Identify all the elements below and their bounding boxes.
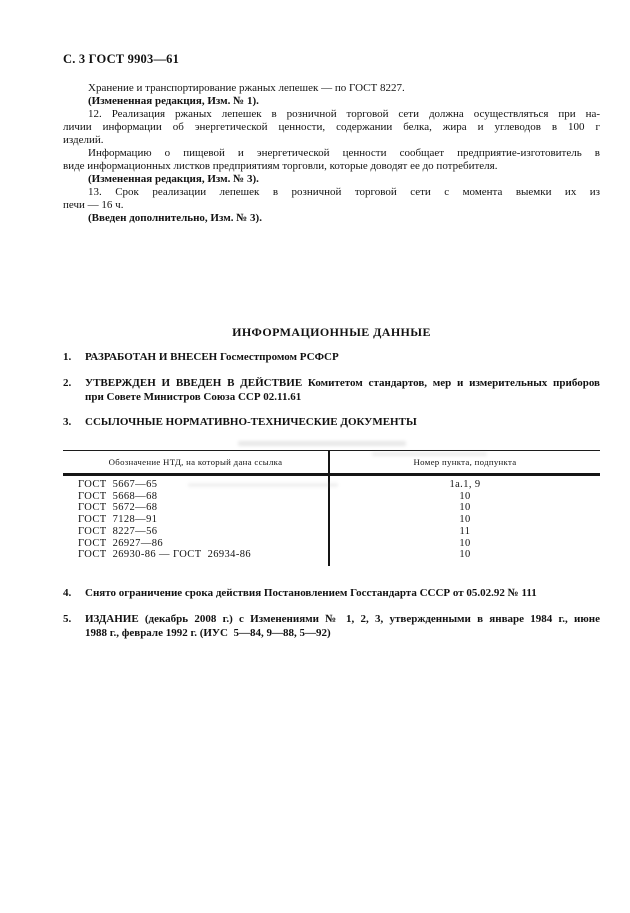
table-clause-cell: 10 (330, 502, 600, 514)
item-line: РАЗРАБОТАН И ВНЕСЕН Госместпромом РСФСР (85, 350, 600, 364)
table-clause-cell: 10 (330, 549, 600, 561)
body-line: 13. Срок реализации лепешек в розничной … (63, 186, 600, 199)
numbered-item: 3.ССЫЛОЧНЫЕ НОРМАТИВНО-ТЕХНИЧЕСКИЕ ДОКУМ… (63, 415, 600, 429)
body-line: Информацию о пищевой и энергетической це… (63, 147, 600, 160)
item-line: ИЗДАНИЕ (декабрь 2008 г.) с Изменениями … (85, 612, 600, 626)
body-line: личии информации об энергетической ценно… (63, 121, 600, 134)
table-clause-cell: 11 (330, 526, 600, 538)
table-clause-cell: 10 (330, 491, 600, 503)
body-line: изделий. (63, 134, 600, 147)
table-body: ГОСТ 5667—65ГОСТ 5668—68ГОСТ 5672—68ГОСТ… (63, 476, 600, 566)
table-clause-cell: 10 (330, 538, 600, 550)
numbered-item: 5.ИЗДАНИЕ (декабрь 2008 г.) с Изменениям… (63, 612, 600, 640)
item-line: 1988 г., феврале 1992 г. (ИУС 5—84, 9—88… (85, 626, 600, 640)
table-ntd-cell: ГОСТ 7128—91 (78, 514, 328, 526)
table-clause-cell: 1а.1, 9 (330, 479, 600, 491)
item-line: при Совете Министров Союза ССР 02.11.61 (85, 390, 600, 404)
table-column-clause: 1а.1, 9101010111010 (330, 476, 600, 566)
table-ntd-cell: ГОСТ 26927—86 (78, 538, 328, 550)
table-ntd-cell: ГОСТ 26930-86 — ГОСТ 26934-86 (78, 549, 328, 561)
body-line: (Измененная редакция, Изм. № 3). (63, 173, 600, 186)
scan-artifact (238, 441, 406, 446)
item-number: 4. (63, 586, 85, 600)
info-items: 1.РАЗРАБОТАН И ВНЕСЕН Госместпромом РСФС… (63, 350, 600, 429)
item-line: ССЫЛОЧНЫЕ НОРМАТИВНО-ТЕХНИЧЕСКИЕ ДОКУМЕН… (85, 415, 600, 429)
table-ntd-cell: ГОСТ 5668—68 (78, 491, 328, 503)
table-column-ntd: ГОСТ 5667—65ГОСТ 5668—68ГОСТ 5672—68ГОСТ… (63, 476, 330, 566)
body-line: 12. Реализация ржаных лепешек в рознично… (63, 108, 600, 121)
item-text: Снято ограничение срока действия Постано… (85, 586, 600, 600)
body-text: Хранение и транспортирование ржаных лепе… (63, 82, 600, 225)
item-number: 1. (63, 350, 85, 364)
body-line: (Введен дополнительно, Изм. № 3). (63, 212, 600, 225)
item-line: Снято ограничение срока действия Постано… (85, 586, 600, 600)
item-number: 2. (63, 376, 85, 404)
item-text: УТВЕРЖДЕН И ВВЕДЕН В ДЕЙСТВИЕ Комитетом … (85, 376, 600, 404)
numbered-item: 1.РАЗРАБОТАН И ВНЕСЕН Госместпромом РСФС… (63, 350, 600, 364)
item-number: 3. (63, 415, 85, 429)
item-number: 5. (63, 612, 85, 640)
table-clause-cell: 10 (330, 514, 600, 526)
document-page: С. 3 ГОСТ 9903—61 Хранение и транспортир… (0, 0, 630, 913)
item-line: УТВЕРЖДЕН И ВВЕДЕН В ДЕЙСТВИЕ Комитетом … (85, 376, 600, 390)
table-header-row: Обозначение НТД, на который дана ссылка … (63, 451, 600, 476)
table-header-ntd: Обозначение НТД, на который дана ссылка (63, 451, 330, 473)
body-line: (Измененная редакция, Изм. № 1). (63, 95, 600, 108)
table-ntd-cell: ГОСТ 5672—68 (78, 502, 328, 514)
scan-artifact (188, 483, 338, 487)
item-text: РАЗРАБОТАН И ВНЕСЕН Госместпромом РСФСР (85, 350, 600, 364)
numbered-item: 4.Снято ограничение срока действия Поста… (63, 586, 600, 600)
scan-artifact (372, 452, 487, 456)
body-line: печи — 16 ч. (63, 199, 600, 212)
references-table: Обозначение НТД, на который дана ссылка … (63, 450, 600, 566)
post-table-items: 4.Снято ограничение срока действия Поста… (63, 586, 600, 640)
page-header: С. 3 ГОСТ 9903—61 (63, 52, 600, 67)
body-line: виде информационных листков предприятиям… (63, 160, 600, 173)
numbered-item: 2.УТВЕРЖДЕН И ВВЕДЕН В ДЕЙСТВИЕ Комитето… (63, 376, 600, 404)
table-ntd-cell: ГОСТ 8227—56 (78, 526, 328, 538)
section-title: ИНФОРМАЦИОННЫЕ ДАННЫЕ (63, 325, 600, 340)
item-text: ССЫЛОЧНЫЕ НОРМАТИВНО-ТЕХНИЧЕСКИЕ ДОКУМЕН… (85, 415, 600, 429)
item-text: ИЗДАНИЕ (декабрь 2008 г.) с Изменениями … (85, 612, 600, 640)
body-line: Хранение и транспортирование ржаных лепе… (63, 82, 600, 95)
